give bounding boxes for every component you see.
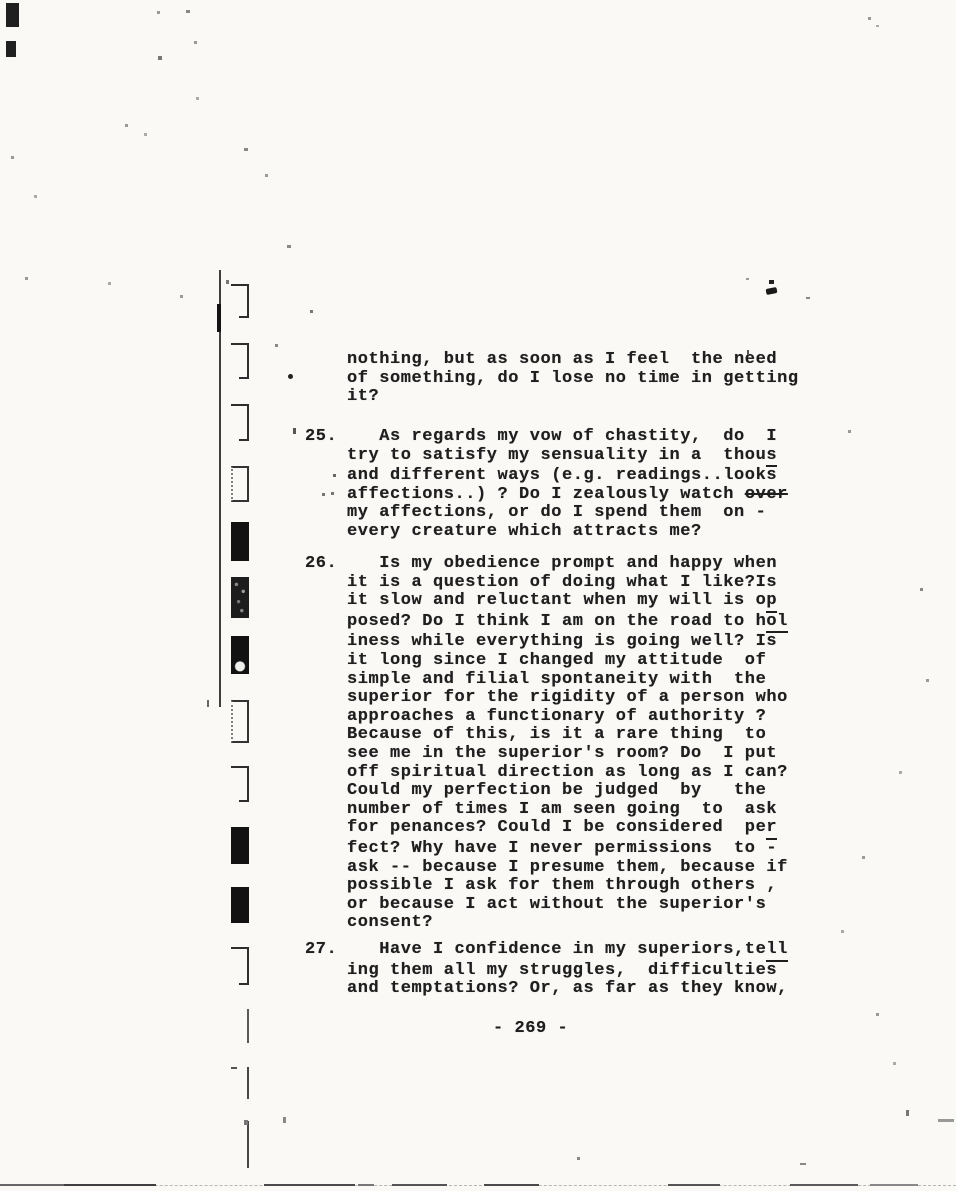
ink-speck <box>226 280 229 284</box>
corner-scan-mark <box>6 41 16 57</box>
ink-speck <box>125 124 128 127</box>
typewritten-line: off spiritual direction as long as I can… <box>347 764 788 783</box>
typewritten-line: nothing, but as soon as I feel the need <box>347 351 799 370</box>
question-paragraph: 25. As regards my vow of chastity, do It… <box>347 428 788 542</box>
typewritten-line: superior for the rigidity of a person wh… <box>347 689 788 708</box>
ink-speck <box>893 1062 896 1065</box>
typewritten-segment: ing them all my struggles, difficulties <box>347 961 777 980</box>
scan-line-segment <box>870 1184 918 1186</box>
ink-speck <box>265 174 268 177</box>
binding-punch-mark <box>231 522 249 561</box>
ink-speck <box>769 280 774 284</box>
ink-speck <box>899 771 902 774</box>
typewritten-segment: consent? <box>347 913 433 932</box>
ink-speck <box>920 588 923 591</box>
typewritten-line: it slow and reluctant when my will is op <box>347 592 788 613</box>
binding-punch-mark <box>231 343 249 379</box>
binding-punch-mark <box>231 947 249 985</box>
typewritten-segment: Could my perfection be judged by the <box>347 781 766 800</box>
binding-punch-mark <box>231 404 249 441</box>
ink-smudge <box>765 287 777 295</box>
ink-speck <box>746 278 749 280</box>
binding-spine-line <box>219 270 221 707</box>
intro-paragraph: nothing, but as soon as I feel the needo… <box>347 351 799 407</box>
scan-line-segment <box>668 1184 720 1186</box>
typewritten-line: it? <box>347 388 799 407</box>
typewritten-line: ask -- because I presume them, because i… <box>347 859 788 878</box>
question-paragraph: 27. Have I confidence in my superiors,te… <box>347 941 788 999</box>
typewritten-segment: simple and filial spontaneity with the <box>347 670 766 689</box>
ink-speck <box>800 1163 806 1165</box>
binding-punch-mark <box>231 827 249 864</box>
binding-punch-mark <box>231 1009 249 1043</box>
ink-speck <box>862 856 865 859</box>
binding-spine-ink-blob <box>217 304 221 332</box>
typewritten-line: ing them all my struggles, difficulties <box>347 962 788 981</box>
binding-punch-mark <box>231 636 249 674</box>
ink-speck <box>186 10 190 13</box>
typewritten-segment: fect? Why have I never permissions to - <box>347 839 777 858</box>
typewritten-segment: Is my obedience prompt and happy when <box>347 554 777 573</box>
typewritten-line: and different ways (e.g. readings..looks <box>347 467 788 486</box>
ink-speck <box>25 277 28 280</box>
typewritten-line: fect? Why have I never permissions to - <box>347 840 788 859</box>
typewritten-line: every creature which attracts me? <box>347 523 788 542</box>
scan-line-segment <box>64 1184 156 1186</box>
ink-speck <box>310 310 313 313</box>
scan-line-segment <box>392 1184 447 1186</box>
ink-speck <box>322 493 325 496</box>
typewritten-segment-underline: ol <box>766 613 788 634</box>
ink-speck <box>158 56 162 60</box>
typewritten-segment-underline: ll <box>766 941 788 962</box>
ink-speck <box>275 344 278 347</box>
typewritten-segment: Have I confidence in my superiors,te <box>347 940 766 959</box>
typewritten-line: my affections, or do I spend them on - <box>347 504 788 523</box>
typewritten-segment: of something, do I lose no time in getti… <box>347 369 799 388</box>
typewritten-segment: posed? Do I think I am on the road to h <box>347 612 766 631</box>
typewritten-segment: affections..) ? Do I zealously watch <box>347 485 745 504</box>
typewritten-line: Have I confidence in my superiors,tell <box>347 941 788 962</box>
scan-line-segment <box>484 1184 539 1186</box>
typewritten-segment-underline: s <box>766 447 777 468</box>
ink-speck <box>194 41 197 44</box>
binding-punch-mark <box>231 1067 249 1099</box>
typewritten-segment: and different ways (e.g. readings..looks <box>347 466 777 485</box>
question-number: 26. <box>305 555 337 574</box>
typewritten-line: number of times I am seen going to ask <box>347 801 788 820</box>
ink-speck <box>34 195 37 198</box>
typewritten-line: of something, do I lose no time in getti… <box>347 370 799 389</box>
scan-line-segment <box>0 1184 64 1186</box>
typewritten-line: try to satisfy my sensuality in a thous <box>347 447 788 468</box>
typewritten-segment: superior for the rigidity of a person wh… <box>347 688 788 707</box>
typewritten-segment: it? <box>347 387 379 406</box>
typewritten-segment: number of times I am seen going to ask <box>347 800 777 819</box>
binding-punch-mark <box>231 700 249 743</box>
binding-punch-mark <box>231 284 249 318</box>
typewritten-segment: ask -- because I presume them, because i… <box>347 858 788 877</box>
typewritten-line: or because I act without the superior's <box>347 896 788 915</box>
typewritten-line: Could my perfection be judged by the <box>347 782 788 801</box>
typewritten-line: iness while everything is going well? Is <box>347 633 788 652</box>
typewritten-line: see me in the superior's room? Do I put <box>347 745 788 764</box>
typewritten-segment-underline: r <box>766 819 777 840</box>
ink-speck <box>747 350 749 355</box>
binding-punch-mark <box>231 887 249 923</box>
typewritten-line: approaches a functionary of authority ? <box>347 708 788 727</box>
typewritten-line: consent? <box>347 914 788 933</box>
ink-speck <box>806 297 810 299</box>
typewritten-line: Because of this, is it a rare thing to <box>347 726 788 745</box>
ink-speck <box>331 492 334 495</box>
typewritten-line: simple and filial spontaneity with the <box>347 671 788 690</box>
ink-speck <box>11 156 14 159</box>
typewritten-line: posed? Do I think I am on the road to ho… <box>347 613 788 634</box>
typewritten-segment: my affections, or do I spend them on - <box>347 503 766 522</box>
ink-speck <box>577 1157 580 1160</box>
ink-speck <box>848 430 851 433</box>
typewritten-segment: see me in the superior's room? Do I put <box>347 744 777 763</box>
typewritten-segment: off spiritual direction as long as I can… <box>347 763 788 782</box>
typewritten-segment: possible I ask for them through others , <box>347 876 777 895</box>
binding-punch-mark <box>231 466 249 502</box>
typewritten-line: it is a question of doing what I like?Is <box>347 574 788 593</box>
typewritten-segment: every creature which attracts me? <box>347 522 702 541</box>
scanned-document-page: nothing, but as soon as I feel the needo… <box>0 0 956 1191</box>
question-number: 25. <box>305 428 337 447</box>
ink-speck <box>876 1013 879 1016</box>
question-number: 27. <box>305 941 337 960</box>
ink-speck <box>244 1120 248 1125</box>
typewritten-line: affections..) ? Do I zealously watch ove… <box>347 486 788 505</box>
ink-speck <box>868 17 871 20</box>
typewritten-line: Is my obedience prompt and happy when <box>347 555 788 574</box>
typewritten-segment: or because I act without the superior's <box>347 895 766 914</box>
scan-line-segment <box>358 1184 374 1186</box>
scan-line-segment <box>790 1184 858 1186</box>
ink-speck <box>287 245 291 248</box>
question-paragraph: 26. Is my obedience prompt and happy whe… <box>347 555 788 933</box>
page-number: - 269 - <box>493 1020 568 1039</box>
typewritten-segment: it long since I changed my attitude of <box>347 651 766 670</box>
typewritten-segment: it slow and reluctant when my will is o <box>347 591 766 610</box>
ink-speck <box>180 295 183 298</box>
ink-speck <box>196 97 199 100</box>
typewritten-segment: and temptations? Or, as far as they know… <box>347 979 788 998</box>
scan-line-segment <box>264 1184 355 1186</box>
ink-speck <box>938 1119 954 1122</box>
ink-speck <box>293 428 296 434</box>
typewritten-segment: nothing, but as soon as I feel the need <box>347 350 777 369</box>
ink-speck <box>333 474 336 477</box>
typewritten-segment-underline: p <box>766 592 777 613</box>
ink-speck <box>906 1110 909 1116</box>
ink-speck <box>144 133 147 136</box>
ink-speck <box>288 374 293 379</box>
ink-speck <box>841 930 844 933</box>
typewritten-line: and temptations? Or, as far as they know… <box>347 980 788 999</box>
typewritten-line: for penances? Could I be considered per <box>347 819 788 840</box>
typewritten-segment: iness while everything is going well? Is <box>347 632 777 651</box>
ink-speck <box>283 1117 286 1123</box>
ink-speck <box>207 700 209 707</box>
corner-scan-mark <box>6 3 19 27</box>
typewritten-line: possible I ask for them through others , <box>347 877 788 896</box>
ink-speck <box>876 25 879 27</box>
typewritten-segment-strike: over <box>745 485 788 504</box>
binding-punch-mark <box>231 577 249 618</box>
binding-punch-mark <box>231 1121 249 1168</box>
typewritten-segment: As regards my vow of chastity, do I <box>347 427 777 446</box>
binding-punch-mark <box>231 766 249 802</box>
typewritten-segment: it is a question of doing what I like?Is <box>347 573 777 592</box>
typewritten-line: As regards my vow of chastity, do I <box>347 428 788 447</box>
ink-speck <box>108 282 111 285</box>
ink-speck <box>157 11 160 14</box>
ink-speck <box>244 148 248 151</box>
typewritten-segment: approaches a functionary of authority ? <box>347 707 766 726</box>
typewritten-segment: try to satisfy my sensuality in a thou <box>347 446 766 465</box>
typewritten-segment: Because of this, is it a rare thing to <box>347 725 766 744</box>
typewritten-line: it long since I changed my attitude of <box>347 652 788 671</box>
typewritten-segment: for penances? Could I be considered pe <box>347 818 766 837</box>
ink-speck <box>926 679 929 682</box>
